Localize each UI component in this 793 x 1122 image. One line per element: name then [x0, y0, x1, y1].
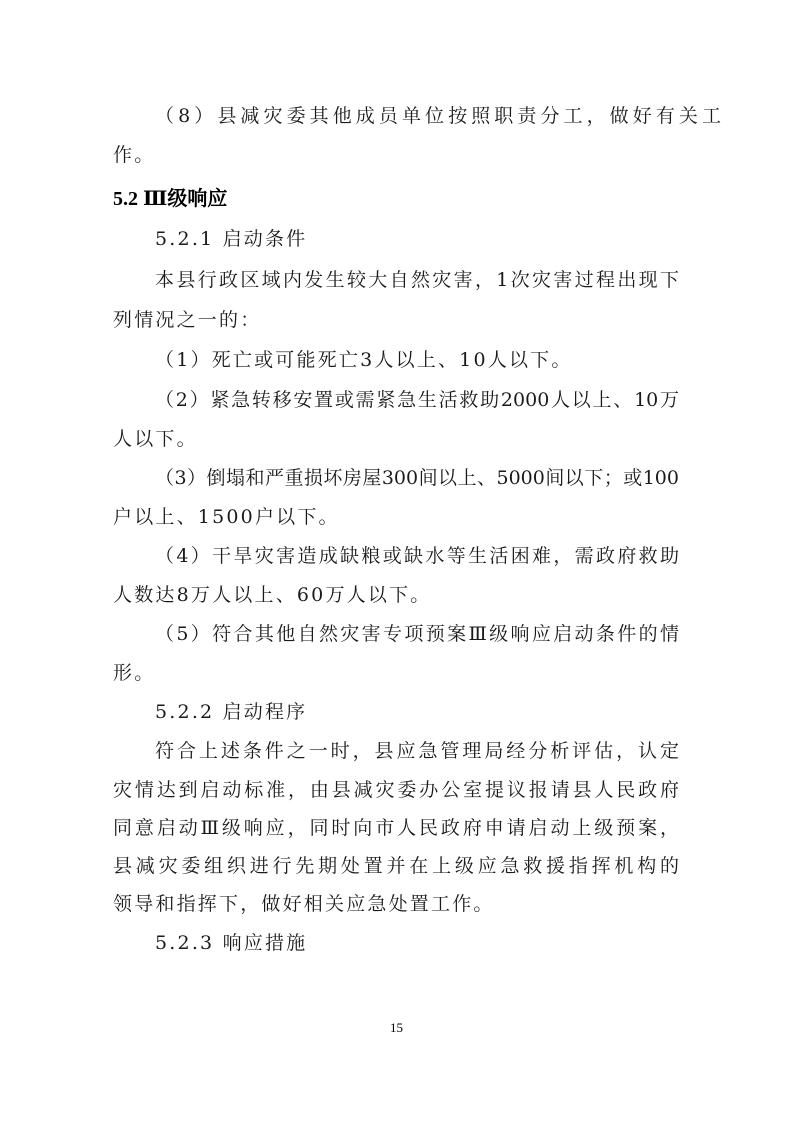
condition-item-1: （1）死亡或可能死亡3人以上、10人以下。: [155, 348, 721, 372]
paragraph-procedure-line-5: 领导和指挥下，做好相关应急处置工作。: [113, 892, 679, 916]
condition-item-2-line-2: 人以下。: [113, 427, 679, 451]
subsection-heading-5-2-2: 5.2.2 启动程序: [155, 700, 721, 724]
condition-item-2-line-1: （2）紧急转移安置或需紧急生活救助2000人以上、10万: [155, 388, 679, 412]
document-page: （8）县减灾委其他成员单位按照职责分工，做好有关工 作。 5.2 Ⅲ级响应 5.…: [0, 0, 793, 1122]
page-number: 15: [0, 1020, 793, 1036]
paragraph-conditions-line-2: 列情况之一的：: [113, 308, 679, 332]
subsection-heading-5-2-3: 5.2.3 响应措施: [155, 931, 721, 955]
paragraph-procedure-line-3: 同意启动Ⅲ级响应，同时向市人民政府申请启动上级预案，: [113, 816, 679, 840]
condition-item-5-line-2: 形。: [113, 661, 679, 685]
paragraph-procedure-line-2: 灾情达到启动标准，由县减灾委办公室提议报请县人民政府: [113, 778, 679, 802]
paragraph-item-8-line-2: 作。: [113, 143, 679, 167]
condition-item-3-line-2: 户以上、1500户以下。: [113, 505, 679, 529]
paragraph-item-8-line-1: （8）县减灾委其他成员单位按照职责分工，做好有关工: [155, 104, 721, 128]
paragraph-procedure-line-1: 符合上述条件之一时，县应急管理局经分析评估，认定: [155, 739, 679, 763]
section-heading-5-2: 5.2 Ⅲ级响应: [113, 187, 227, 211]
condition-item-4-line-1: （4）干旱灾害造成缺粮或缺水等生活困难，需政府救助: [155, 544, 679, 568]
condition-item-3-line-1: （3）倒塌和严重损坏房屋300间以上、5000间以下；或100: [155, 466, 679, 490]
subsection-heading-5-2-1: 5.2.1 启动条件: [155, 227, 721, 251]
condition-item-4-line-2: 人数达8万人以上、60万人以下。: [113, 583, 679, 607]
paragraph-procedure-line-4: 县减灾委组织进行先期处置并在上级应急救援指挥机构的: [113, 854, 679, 878]
condition-item-5-line-1: （5）符合其他自然灾害专项预案Ⅲ级响应启动条件的情: [155, 622, 679, 646]
paragraph-conditions-line-1: 本县行政区域内发生较大自然灾害，1次灾害过程出现下: [155, 268, 679, 292]
